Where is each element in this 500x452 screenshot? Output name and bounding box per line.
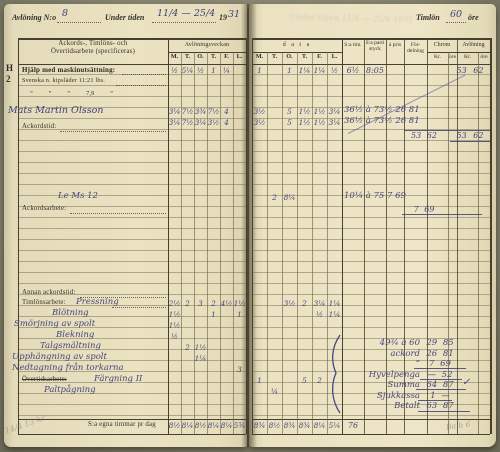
timlon-label: Timlön bbox=[416, 13, 440, 22]
handwriting-smorjning: Smörjning av spolt bbox=[14, 319, 95, 329]
cell-left-blotning-0: 1½ bbox=[168, 310, 181, 319]
dato-header: d a t a bbox=[252, 41, 342, 49]
cell-left-maskin-0: ½ bbox=[168, 66, 181, 75]
rule-line bbox=[233, 52, 234, 434]
cell-right-name2-4: 1½ bbox=[312, 118, 327, 127]
cell-left-name2-4: 4 bbox=[220, 118, 233, 127]
cell-right-name2-0: 3½ bbox=[252, 118, 267, 127]
col-avloning: Avlöning bbox=[457, 42, 490, 48]
col-chrom: Chrom bbox=[427, 42, 457, 48]
rule-line bbox=[402, 214, 482, 215]
day-col-right-0: M. bbox=[252, 53, 267, 60]
cell-left-bottom-4: 8¼ bbox=[220, 421, 233, 430]
rule-line bbox=[404, 130, 490, 131]
year-handwritten: 31 bbox=[228, 9, 240, 20]
dotted-leader bbox=[122, 73, 166, 75]
cell-right-blotning-5: 1¼ bbox=[327, 310, 342, 319]
cell-left-name2-1: 7½ bbox=[181, 118, 194, 127]
cell-left-nedtagning-5: 3 bbox=[233, 365, 246, 374]
cell-left-pressning-4: 4½ bbox=[220, 299, 233, 308]
desc-ditto: ” ” ” 7,9 ” bbox=[30, 90, 113, 98]
cell-left-smorjning-0: 1½ bbox=[168, 321, 181, 330]
day-col-left-5: L. bbox=[233, 53, 246, 60]
rule-line bbox=[252, 434, 490, 436]
print-ackordstid: Ackordstid: bbox=[22, 123, 56, 131]
handwriting-nedtagning: Nedtagning från torkarna bbox=[12, 363, 124, 373]
col-sa-tim: S:a tim. bbox=[342, 42, 364, 48]
rule-line bbox=[418, 400, 452, 401]
fordelning-subtotal: 53 62 bbox=[404, 131, 444, 140]
cell-right-maskin-0: 1 bbox=[252, 66, 267, 75]
ink-note-bottom-right: Ba b 6 bbox=[446, 420, 471, 432]
sa-tim-maskin: 6½ bbox=[342, 66, 364, 75]
handwriting-name1: Mats Martin Olsson bbox=[8, 105, 103, 116]
dotted-leader bbox=[60, 130, 166, 132]
rule-line bbox=[478, 52, 479, 434]
handwriting-blotning: Blötning bbox=[52, 308, 89, 318]
rule-line bbox=[420, 379, 462, 380]
print-annan: Annan ackordstid: bbox=[22, 289, 75, 297]
cell-right-name1-3: 1½ bbox=[297, 107, 312, 116]
cell-left-bottom-2: 8½ bbox=[194, 421, 207, 430]
cell-left-name2-0: 3¼ bbox=[168, 118, 181, 127]
day-col-right-5: L. bbox=[327, 53, 342, 60]
rule-line bbox=[18, 38, 246, 40]
cell-right-bottom-4: 8¼ bbox=[312, 421, 327, 430]
print-pressning: Timlönsarbete: bbox=[22, 299, 66, 307]
cell-right-name1-4: 1½ bbox=[312, 107, 327, 116]
day-col-left-2: O. bbox=[194, 53, 207, 60]
rule-line bbox=[168, 38, 169, 434]
note-name2: 36½ à 73½ 26 81 bbox=[344, 116, 420, 126]
dotted-leader bbox=[112, 306, 166, 308]
cell-right-bottom-2: 8¾ bbox=[282, 421, 297, 430]
cell-left-bottom-1: 8¼ bbox=[181, 421, 194, 430]
left-desc-header-1: Ackords-, Timlöns- och bbox=[18, 40, 168, 48]
avloning-number: 8 bbox=[62, 8, 68, 19]
ore-label: öre bbox=[468, 13, 479, 22]
cell-right-pressning-4: 3¼ bbox=[312, 299, 327, 308]
cell-right-maskin-3: 1¼ bbox=[297, 66, 312, 75]
rule-line bbox=[18, 419, 246, 420]
day-col-left-1: T. bbox=[181, 53, 194, 60]
ghost-ink: Under tiden 11/4 — 25/4 1931 bbox=[290, 13, 413, 24]
cell-right-name2-2: 5 bbox=[282, 118, 297, 127]
cell-right-name1-5: 3¼ bbox=[327, 107, 342, 116]
handwriting-palt: Paltpågning bbox=[44, 385, 96, 395]
col-a-pris: à pris bbox=[386, 42, 404, 48]
cell-left-talg-1: 2 bbox=[181, 343, 194, 352]
dotted-leader bbox=[116, 84, 166, 86]
handwriting-blekning: Blekning bbox=[56, 330, 94, 340]
cell-left-maskin-1: 5¼ bbox=[181, 66, 194, 75]
cell-left-pressning-2: 3 bbox=[194, 299, 207, 308]
summary-brace bbox=[328, 334, 342, 414]
cell-left-bottom-0: 8½ bbox=[168, 421, 181, 430]
ledger-content: Avlöning N:o 8 Under tiden 11/4 — 25/4 1… bbox=[0, 0, 500, 452]
day-col-right-2: O. bbox=[282, 53, 297, 60]
cell-left-bottom-3: 8¼ bbox=[207, 421, 220, 430]
handwriting-upphangning: Upphängning av spolt bbox=[12, 352, 107, 362]
summary-amount-6: 63 87 bbox=[420, 401, 460, 411]
chrom-kr: Kr. bbox=[427, 54, 448, 60]
rule-line bbox=[18, 38, 19, 434]
dotted-leader bbox=[70, 212, 166, 214]
cell-right-bottom-3: 8¾ bbox=[297, 421, 312, 430]
rule-line bbox=[246, 38, 247, 434]
cell-right-maskin-5: ½ bbox=[327, 66, 342, 75]
day-col-left-4: F. bbox=[220, 53, 233, 60]
note-lems: 10¼ à 75 7 69 bbox=[344, 191, 406, 201]
cell-right-bottom-1: 8½ bbox=[267, 421, 282, 430]
cell-left-pressning-0: 2½ bbox=[168, 299, 181, 308]
col-sa-parti: S:a parti styck bbox=[364, 40, 386, 52]
day-col-right-4: F. bbox=[312, 53, 327, 60]
avloning-label: Avlöning N:o bbox=[12, 13, 56, 22]
cell-left-blotning-5: 1 bbox=[233, 310, 246, 319]
dotted-leader bbox=[446, 21, 466, 23]
print-overtid: Övertidsarbete: bbox=[22, 376, 67, 384]
period-value: 11/4 — 25/4 bbox=[157, 8, 215, 19]
summary-label-1: ackord bbox=[310, 349, 420, 359]
left-desc-header-2: Övertidsarbete (specificeras) bbox=[18, 48, 168, 56]
fordelning-lems2: 7 69 bbox=[404, 205, 444, 214]
desc-maskin2: Svenska n. kipsläder 11:21 lbs. bbox=[22, 77, 105, 85]
cell-left-name1-3: 7½ bbox=[207, 107, 220, 116]
rule-line bbox=[414, 368, 466, 369]
margin-number-2: 2 bbox=[6, 75, 11, 83]
cell-right-pressning-3: 2 bbox=[297, 299, 312, 308]
day-col-right-3: T. bbox=[297, 53, 312, 60]
summary-label-2: ” bbox=[310, 359, 420, 369]
cell-right-name1-0: 3½ bbox=[252, 107, 267, 116]
margin-letter-h: H bbox=[6, 64, 13, 72]
cell-right-lems-1: 2 bbox=[267, 193, 282, 202]
rule-line bbox=[252, 64, 490, 65]
cell-right-maskin-2: 1 bbox=[282, 66, 297, 75]
day-col-left-0: M. bbox=[168, 53, 181, 60]
summary-amount-0: 29 85 bbox=[420, 338, 460, 348]
rule-line bbox=[427, 52, 490, 53]
summary-amount-1: 26 81 bbox=[420, 349, 460, 359]
cell-left-maskin-2: ½ bbox=[194, 66, 207, 75]
day-col-right-1: T. bbox=[267, 53, 282, 60]
avloning-maskin: 53 62 bbox=[452, 66, 488, 75]
cell-left-maskin-3: 1 bbox=[207, 66, 220, 75]
cell-left-name1-4: 4 bbox=[220, 107, 233, 116]
cell-left-name1-2: 3¾ bbox=[194, 107, 207, 116]
rule-line bbox=[252, 38, 253, 434]
cell-left-blotning-3: 1 bbox=[207, 310, 220, 319]
summary-label-5: Sjukkassa bbox=[310, 391, 420, 401]
dotted-leader bbox=[57, 21, 101, 23]
cell-left-name2-2: 3¼ bbox=[194, 118, 207, 127]
rule-line bbox=[18, 64, 246, 65]
rule-line bbox=[490, 38, 492, 434]
handwriting-overtid: Färgning II bbox=[94, 374, 142, 384]
under-tiden-label: Under tiden bbox=[105, 13, 144, 22]
cell-left-bottom-5: 5¾ bbox=[233, 421, 246, 430]
cell-right-blotning-4: ½ bbox=[312, 310, 327, 319]
rule-line bbox=[416, 389, 466, 390]
dotted-leader bbox=[152, 21, 216, 23]
cell-right-overtid-0: 1 bbox=[252, 376, 267, 385]
cell-left-name1-1: 7½ bbox=[181, 107, 194, 116]
cell-left-maskin-4: ¼ bbox=[220, 66, 233, 75]
summary-label-4: Summa bbox=[310, 380, 420, 390]
summary-label-0: 49¾ à 60 bbox=[310, 338, 420, 348]
note-name1: 36½ à 73½ 26 81 bbox=[344, 105, 420, 115]
rule-line bbox=[18, 434, 246, 436]
col-fordelning: För- delning bbox=[404, 42, 427, 54]
cell-left-pressning-3: 2 bbox=[207, 299, 220, 308]
pencil-note-bottom-left: 14/4 13 kr bbox=[4, 413, 47, 435]
desc-maskin: Hjälp med maskinutsättning: bbox=[22, 66, 115, 74]
rule-line bbox=[418, 411, 470, 412]
cell-right-bottom-5: 5¼ bbox=[327, 421, 342, 430]
check-mark: ✓ bbox=[462, 377, 470, 388]
handwriting-talg: Talgsmältning bbox=[40, 341, 101, 351]
week-header: Avlöningsveckan bbox=[168, 41, 246, 49]
rule-line bbox=[450, 141, 490, 142]
cell-right-maskin-4: 1¼ bbox=[312, 66, 327, 75]
cell-right-pressning-2: 3½ bbox=[282, 299, 297, 308]
chrom-ore: öre bbox=[448, 54, 457, 60]
cell-left-name1-0: 3¼ bbox=[168, 107, 181, 116]
rule-line bbox=[252, 419, 490, 420]
cell-right-name1-2: 5 bbox=[282, 107, 297, 116]
print-lems2: Ackordsarbete: bbox=[22, 205, 66, 213]
summary-label-3: Hyvelpenga bbox=[310, 370, 420, 380]
day-col-left-3: T. bbox=[207, 53, 220, 60]
sa-tim-bottom: 76 bbox=[342, 421, 364, 430]
cell-left-pressning-1: 2 bbox=[181, 299, 194, 308]
cell-right-name2-5: 3¼ bbox=[327, 118, 342, 127]
cell-left-upphangning-2: 1¼ bbox=[194, 354, 207, 363]
cell-left-blekning-0: ½ bbox=[168, 332, 181, 341]
cell-right-palt-1: ¼ bbox=[267, 387, 282, 396]
avloning-kr: Kr. bbox=[457, 54, 478, 60]
print-bottom: S:a egna timmar pr dag bbox=[88, 421, 156, 429]
ledger-book-photo: Avlöning N:o 8 Under tiden 11/4 — 25/4 1… bbox=[0, 0, 500, 452]
cell-left-talg-2: 1½ bbox=[194, 343, 207, 352]
rule-line bbox=[267, 52, 268, 434]
handwriting-lems: Le Ms 12 bbox=[58, 191, 98, 201]
cell-left-pressning-5: 1½ bbox=[233, 299, 246, 308]
cell-left-name2-3: 3½ bbox=[207, 118, 220, 127]
timlon-value: 60 bbox=[450, 9, 462, 20]
rule-line bbox=[252, 38, 490, 40]
cell-right-name2-3: 1½ bbox=[297, 118, 312, 127]
cell-right-bottom-0: 8¾ bbox=[252, 421, 267, 430]
year-print: 19 bbox=[219, 13, 227, 22]
cell-right-pressning-5: 1¼ bbox=[327, 299, 342, 308]
avloning-ore: öre bbox=[478, 54, 490, 60]
cell-right-lems-2: 8¼ bbox=[282, 193, 297, 202]
avloning-subtotal: 53 62 bbox=[452, 131, 488, 140]
a-pris-maskin: 8:05 bbox=[364, 66, 386, 75]
summary-label-6: Betalt bbox=[310, 401, 420, 411]
